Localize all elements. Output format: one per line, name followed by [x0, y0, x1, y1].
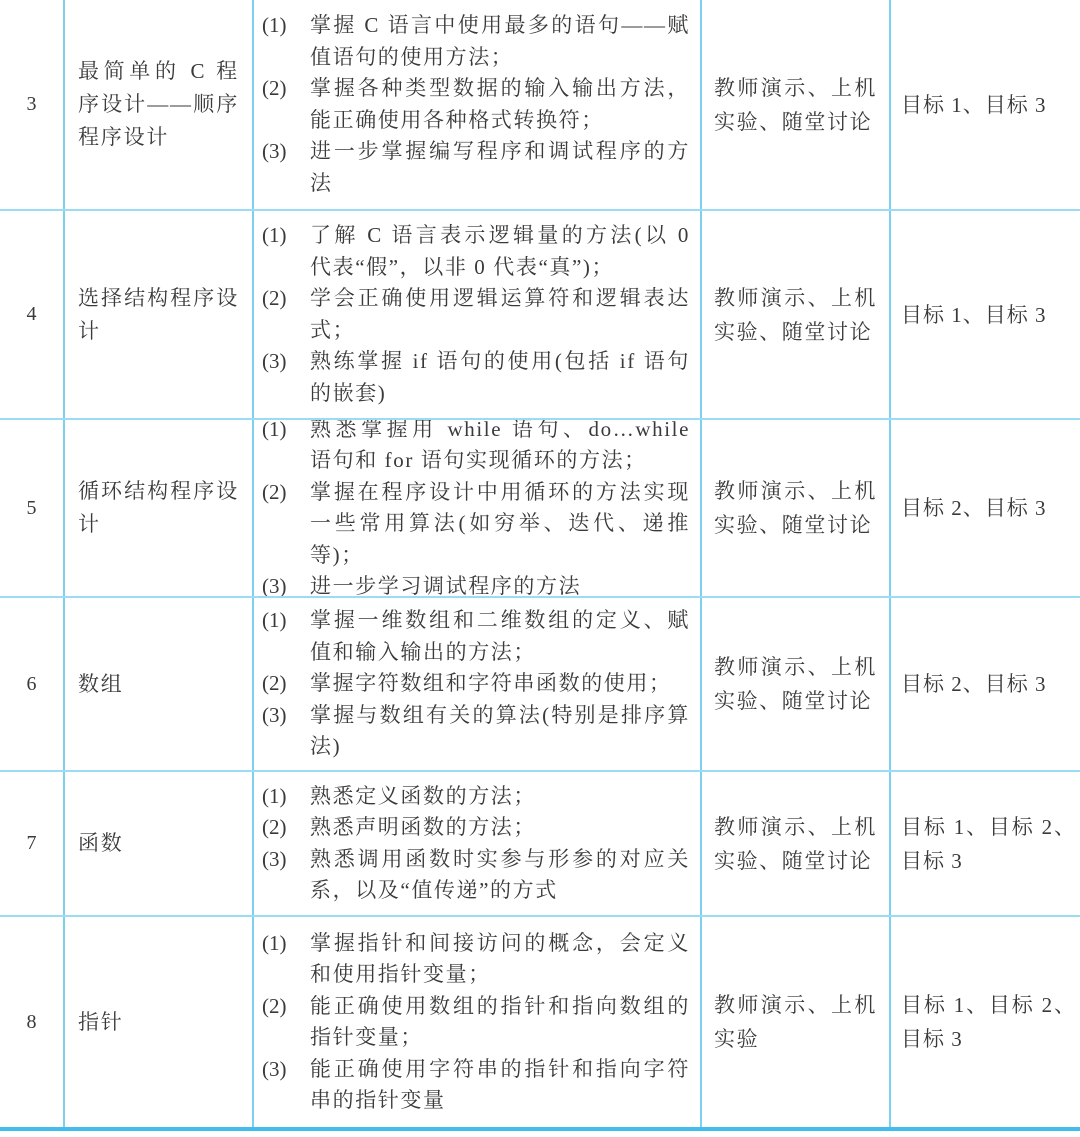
topic-cell: 函数: [65, 772, 254, 915]
objective-text: 学会正确使用逻辑运算符和逻辑表达式；: [310, 286, 690, 342]
chapter-number: 4: [27, 303, 37, 326]
topic-text: 选择结构程序设计: [78, 282, 239, 348]
methods-text: 教师演示、上机实验、随堂讨论: [714, 810, 877, 878]
objective-text: 掌握与数组有关的算法(特别是排序算法): [310, 703, 690, 759]
objectives-cell: (1)掌握指针和间接访问的概念，会定义和使用指针变量；(2)能正确使用数组的指针…: [254, 917, 702, 1127]
objective-item: (3)掌握与数组有关的算法(特别是排序算法): [262, 700, 690, 763]
objective-item: (1)掌握指针和间接访问的概念，会定义和使用指针变量；: [262, 928, 690, 991]
topic-cell: 指针: [65, 917, 254, 1127]
objective-marker: (3): [262, 136, 287, 168]
methods-cell: 教师演示、上机实验、随堂讨论: [702, 598, 891, 770]
objective-text: 熟悉调用函数时实参与形参的对应关系，以及“值传递”的方式: [310, 847, 690, 903]
chapter-number: 3: [27, 93, 37, 116]
methods-cell: 教师演示、上机实验、随堂讨论: [702, 211, 891, 418]
objective-text: 熟练掌握 if 语句的使用(包括 if 语句的嵌套): [310, 349, 690, 405]
goals-text: 目标 1、目标 3: [901, 88, 1076, 122]
topic-text: 数组: [78, 668, 239, 701]
objective-marker: (1): [262, 928, 287, 960]
methods-cell: 教师演示、上机实验、随堂讨论: [702, 772, 891, 915]
objective-text: 掌握各种类型数据的输入输出方法，能正确使用各种格式转换符；: [310, 76, 690, 132]
objective-text: 掌握一维数组和二维数组的定义、赋值和输入输出的方法；: [310, 608, 690, 664]
objective-item: (1)掌握一维数组和二维数组的定义、赋值和输入输出的方法；: [262, 605, 690, 668]
objective-marker: (1): [262, 10, 287, 42]
objective-item: (2)掌握在程序设计中用循环的方法实现一些常用算法(如穷举、迭代、递推等)；: [262, 477, 690, 572]
objective-marker: (2): [262, 73, 287, 105]
topic-text: 最简单的 C 程序设计——顺序程序设计: [78, 55, 239, 154]
chapter-number-cell: 5: [0, 420, 65, 596]
goals-cell: 目标 1、目标 2、目标 3: [891, 917, 1080, 1127]
chapter-number: 8: [27, 1011, 37, 1034]
table-row: 8 指针 (1)掌握指针和间接访问的概念，会定义和使用指针变量；(2)能正确使用…: [0, 917, 1080, 1127]
objective-text: 了解 C 语言表示逻辑量的方法(以 0 代表“假”，以非 0 代表“真”)；: [310, 223, 690, 279]
objective-item: (2)熟悉声明函数的方法；: [262, 812, 690, 844]
objective-item: (3)熟练掌握 if 语句的使用(包括 if 语句的嵌套): [262, 346, 690, 409]
chapter-number: 6: [27, 673, 37, 696]
course-table: 3 最简单的 C 程序设计——顺序程序设计 (1)掌握 C 语言中使用最多的语句…: [0, 0, 1080, 1131]
methods-text: 教师演示、上机实验、随堂讨论: [714, 474, 877, 542]
topic-cell: 循环结构程序设计: [65, 420, 254, 596]
goals-cell: 目标 2、目标 3: [891, 598, 1080, 770]
objectives-list: (1)掌握一维数组和二维数组的定义、赋值和输入输出的方法；(2)掌握字符数组和字…: [262, 605, 690, 763]
objectives-list: (1)熟悉掌握用 while 语句、do…while 语句和 for 语句实现循…: [262, 420, 690, 596]
goals-cell: 目标 1、目标 2、目标 3: [891, 772, 1080, 915]
chapter-number: 7: [27, 832, 37, 855]
methods-text: 教师演示、上机实验: [714, 988, 877, 1056]
objective-marker: (1): [262, 605, 287, 637]
objective-item: (1)掌握 C 语言中使用最多的语句——赋值语句的使用方法；: [262, 10, 690, 73]
goals-cell: 目标 1、目标 3: [891, 0, 1080, 209]
table-row: 5 循环结构程序设计 (1)熟悉掌握用 while 语句、do…while 语句…: [0, 420, 1080, 598]
objective-text: 掌握 C 语言中使用最多的语句——赋值语句的使用方法；: [310, 13, 690, 69]
objective-marker: (2): [262, 812, 287, 844]
objective-text: 能正确使用数组的指针和指向数组的指针变量；: [310, 994, 690, 1050]
objectives-list: (1)了解 C 语言表示逻辑量的方法(以 0 代表“假”，以非 0 代表“真”)…: [262, 220, 690, 409]
objectives-cell: (1)熟悉定义函数的方法；(2)熟悉声明函数的方法；(3)熟悉调用函数时实参与形…: [254, 772, 702, 915]
objectives-list: (1)掌握 C 语言中使用最多的语句——赋值语句的使用方法；(2)掌握各种类型数…: [262, 10, 690, 199]
methods-text: 教师演示、上机实验、随堂讨论: [714, 650, 877, 718]
chapter-number-cell: 3: [0, 0, 65, 209]
objective-item: (2)掌握字符数组和字符串函数的使用；: [262, 668, 690, 700]
objective-item: (2)学会正确使用逻辑运算符和逻辑表达式；: [262, 283, 690, 346]
chapter-number-cell: 8: [0, 917, 65, 1127]
objective-text: 进一步掌握编写程序和调试程序的方法: [310, 139, 690, 195]
objective-marker: (3): [262, 346, 287, 378]
goals-text: 目标 1、目标 2、目标 3: [901, 988, 1076, 1056]
goals-text: 目标 1、目标 3: [901, 298, 1076, 332]
objectives-list: (1)熟悉定义函数的方法；(2)熟悉声明函数的方法；(3)熟悉调用函数时实参与形…: [262, 781, 690, 907]
objective-text: 掌握指针和间接访问的概念，会定义和使用指针变量；: [310, 931, 690, 987]
objective-marker: (2): [262, 991, 287, 1023]
objective-text: 熟悉声明函数的方法；: [310, 815, 536, 839]
objective-item: (3)能正确使用字符串的指针和指向字符串的指针变量: [262, 1054, 690, 1117]
objective-text: 熟悉掌握用 while 语句、do…while 语句和 for 语句实现循环的方…: [310, 420, 690, 472]
objective-text: 掌握在程序设计中用循环的方法实现一些常用算法(如穷举、迭代、递推等)；: [310, 480, 690, 567]
goals-text: 目标 1、目标 2、目标 3: [901, 810, 1076, 878]
table-row: 3 最简单的 C 程序设计——顺序程序设计 (1)掌握 C 语言中使用最多的语句…: [0, 0, 1080, 211]
objectives-cell: (1)掌握一维数组和二维数组的定义、赋值和输入输出的方法；(2)掌握字符数组和字…: [254, 598, 702, 770]
methods-text: 教师演示、上机实验、随堂讨论: [714, 71, 877, 139]
objective-item: (1)了解 C 语言表示逻辑量的方法(以 0 代表“假”，以非 0 代表“真”)…: [262, 220, 690, 283]
objective-item: (3)进一步掌握编写程序和调试程序的方法: [262, 136, 690, 199]
chapter-number: 5: [27, 497, 37, 520]
objective-item: (3)熟悉调用函数时实参与形参的对应关系，以及“值传递”的方式: [262, 844, 690, 907]
table-row: 6 数组 (1)掌握一维数组和二维数组的定义、赋值和输入输出的方法；(2)掌握字…: [0, 598, 1080, 772]
objective-marker: (1): [262, 220, 287, 252]
objective-text: 进一步学习调试程序的方法: [310, 574, 581, 596]
objective-text: 熟悉定义函数的方法；: [310, 784, 536, 808]
objectives-cell: (1)掌握 C 语言中使用最多的语句——赋值语句的使用方法；(2)掌握各种类型数…: [254, 0, 702, 209]
topic-text: 循环结构程序设计: [78, 475, 239, 541]
objective-marker: (3): [262, 571, 287, 596]
chapter-number-cell: 4: [0, 211, 65, 418]
topic-text: 函数: [78, 827, 239, 860]
page: 3 最简单的 C 程序设计——顺序程序设计 (1)掌握 C 语言中使用最多的语句…: [0, 0, 1080, 1137]
table-row: 7 函数 (1)熟悉定义函数的方法；(2)熟悉声明函数的方法；(3)熟悉调用函数…: [0, 772, 1080, 917]
objective-marker: (1): [262, 781, 287, 813]
objective-item: (1)熟悉定义函数的方法；: [262, 781, 690, 813]
objective-marker: (1): [262, 420, 287, 445]
methods-cell: 教师演示、上机实验、随堂讨论: [702, 420, 891, 596]
objective-marker: (3): [262, 700, 287, 732]
topic-cell: 最简单的 C 程序设计——顺序程序设计: [65, 0, 254, 209]
methods-text: 教师演示、上机实验、随堂讨论: [714, 281, 877, 349]
table-row: 4 选择结构程序设计 (1)了解 C 语言表示逻辑量的方法(以 0 代表“假”，…: [0, 211, 1080, 420]
objective-marker: (3): [262, 844, 287, 876]
objective-text: 能正确使用字符串的指针和指向字符串的指针变量: [310, 1057, 690, 1113]
objective-marker: (2): [262, 477, 287, 509]
chapter-number-cell: 7: [0, 772, 65, 915]
goals-cell: 目标 2、目标 3: [891, 420, 1080, 596]
methods-cell: 教师演示、上机实验、随堂讨论: [702, 0, 891, 209]
objectives-cell: (1)了解 C 语言表示逻辑量的方法(以 0 代表“假”，以非 0 代表“真”)…: [254, 211, 702, 418]
goals-cell: 目标 1、目标 3: [891, 211, 1080, 418]
topic-text: 指针: [78, 1006, 239, 1039]
chapter-number-cell: 6: [0, 598, 65, 770]
goals-text: 目标 2、目标 3: [901, 667, 1076, 701]
methods-cell: 教师演示、上机实验: [702, 917, 891, 1127]
topic-cell: 数组: [65, 598, 254, 770]
objective-item: (2)能正确使用数组的指针和指向数组的指针变量；: [262, 991, 690, 1054]
topic-cell: 选择结构程序设计: [65, 211, 254, 418]
objectives-cell: (1)熟悉掌握用 while 语句、do…while 语句和 for 语句实现循…: [254, 420, 702, 596]
objective-marker: (2): [262, 668, 287, 700]
objective-marker: (3): [262, 1054, 287, 1086]
objective-item: (2)掌握各种类型数据的输入输出方法，能正确使用各种格式转换符；: [262, 73, 690, 136]
goals-text: 目标 2、目标 3: [901, 491, 1076, 525]
objectives-list: (1)掌握指针和间接访问的概念，会定义和使用指针变量；(2)能正确使用数组的指针…: [262, 928, 690, 1117]
objective-item: (3)进一步学习调试程序的方法: [262, 571, 690, 596]
objective-item: (1)熟悉掌握用 while 语句、do…while 语句和 for 语句实现循…: [262, 420, 690, 477]
objective-text: 掌握字符数组和字符串函数的使用；: [310, 671, 672, 695]
objective-marker: (2): [262, 283, 287, 315]
